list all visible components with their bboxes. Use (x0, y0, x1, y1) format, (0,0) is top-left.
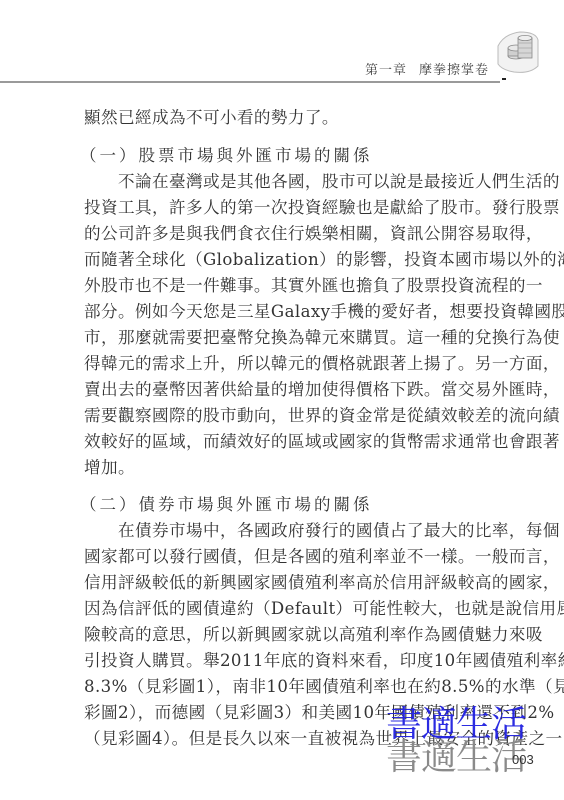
running-header: 第一章摩拳擦掌卷 (365, 59, 489, 78)
paragraph-line: 賣出去的臺幣因著供給量的增加使得價格下跌。當交易外匯時， (84, 380, 486, 400)
paragraph-line: 外股市也不是一件難事。其實外匯也擔負了股票投資流程的一 (84, 276, 486, 296)
paragraph-line: 引投資人購買。舉2011年底的資料來看，印度10年國債殖利率約 (84, 651, 486, 671)
paragraph-line: 在債券市場中，各國政府發行的國債占了最大的比率，每個 (84, 521, 520, 541)
paragraph-line: 市，那麼就需要把臺幣兌換為韓元來購買。這一種的兌換行為使 (84, 328, 486, 348)
paragraph-line: 增加。 (84, 458, 486, 478)
paragraph-line: 信用評級較低的新興國家國債殖利率高於信用評級較高的國家， (84, 573, 486, 593)
paragraph-line: 不論在臺灣或是其他各國，股市可以說是最接近人們生活的 (84, 172, 520, 192)
paragraph-line: 的公司許多是與我們食衣住行娛樂相關，資訊公開容易取得， (84, 224, 486, 244)
page-header: 第一章摩拳擦掌卷 (0, 0, 564, 90)
paragraph-line: 因為信評低的國債違約（Default）可能性較大，也就是說信用風 (84, 599, 486, 619)
paragraph-line: 效較好的區域，而績效好的區域或國家的貨幣需求通常也會跟著 (84, 432, 486, 452)
paragraph-line: 8.3%（見彩圖1），南非10年國債殖利率也在約8.5%的水準（見 (84, 677, 486, 697)
chapter-title: 摩拳擦掌卷 (419, 63, 489, 78)
page-number: 003 (512, 752, 534, 767)
section-heading-stock-forex: （一）股票市場與外匯市場的關係 (80, 146, 373, 166)
paragraph-line: 得韓元的需求上升，所以韓元的價格就跟著上揚了。另一方面， (84, 354, 486, 374)
section-heading-bond-forex: （二）債券市場與外匯市場的關係 (80, 495, 373, 515)
paragraph-line: 而隨著全球化（Globalization）的影響，投資本國市場以外的海 (84, 250, 486, 270)
paragraph-line: 國家都可以發行國債，但是各國的殖利率並不一樣。一般而言， (84, 547, 486, 567)
paragraph-line: 投資工具，許多人的第一次投資經驗也是獻給了股市。發行股票 (84, 198, 486, 218)
paragraph-line: 需要觀察國際的股市動向，世界的資金常是從績效較差的流向績 (84, 406, 486, 426)
intro-paragraph-line: 顯然已經成為不可小看的勢力了。 (84, 108, 486, 128)
paragraph-line: 部分。例如今天您是三星Galaxy手機的愛好者，想要投資韓國股 (84, 302, 486, 322)
header-divider (0, 81, 500, 83)
coin-stack-icon (494, 26, 542, 80)
watermark-gray: 書適生活 (386, 738, 526, 778)
paragraph-line: 險較高的意思，所以新興國家就以高殖利率作為國債魅力來吸 (84, 625, 486, 645)
chapter-label: 第一章 (365, 63, 407, 78)
